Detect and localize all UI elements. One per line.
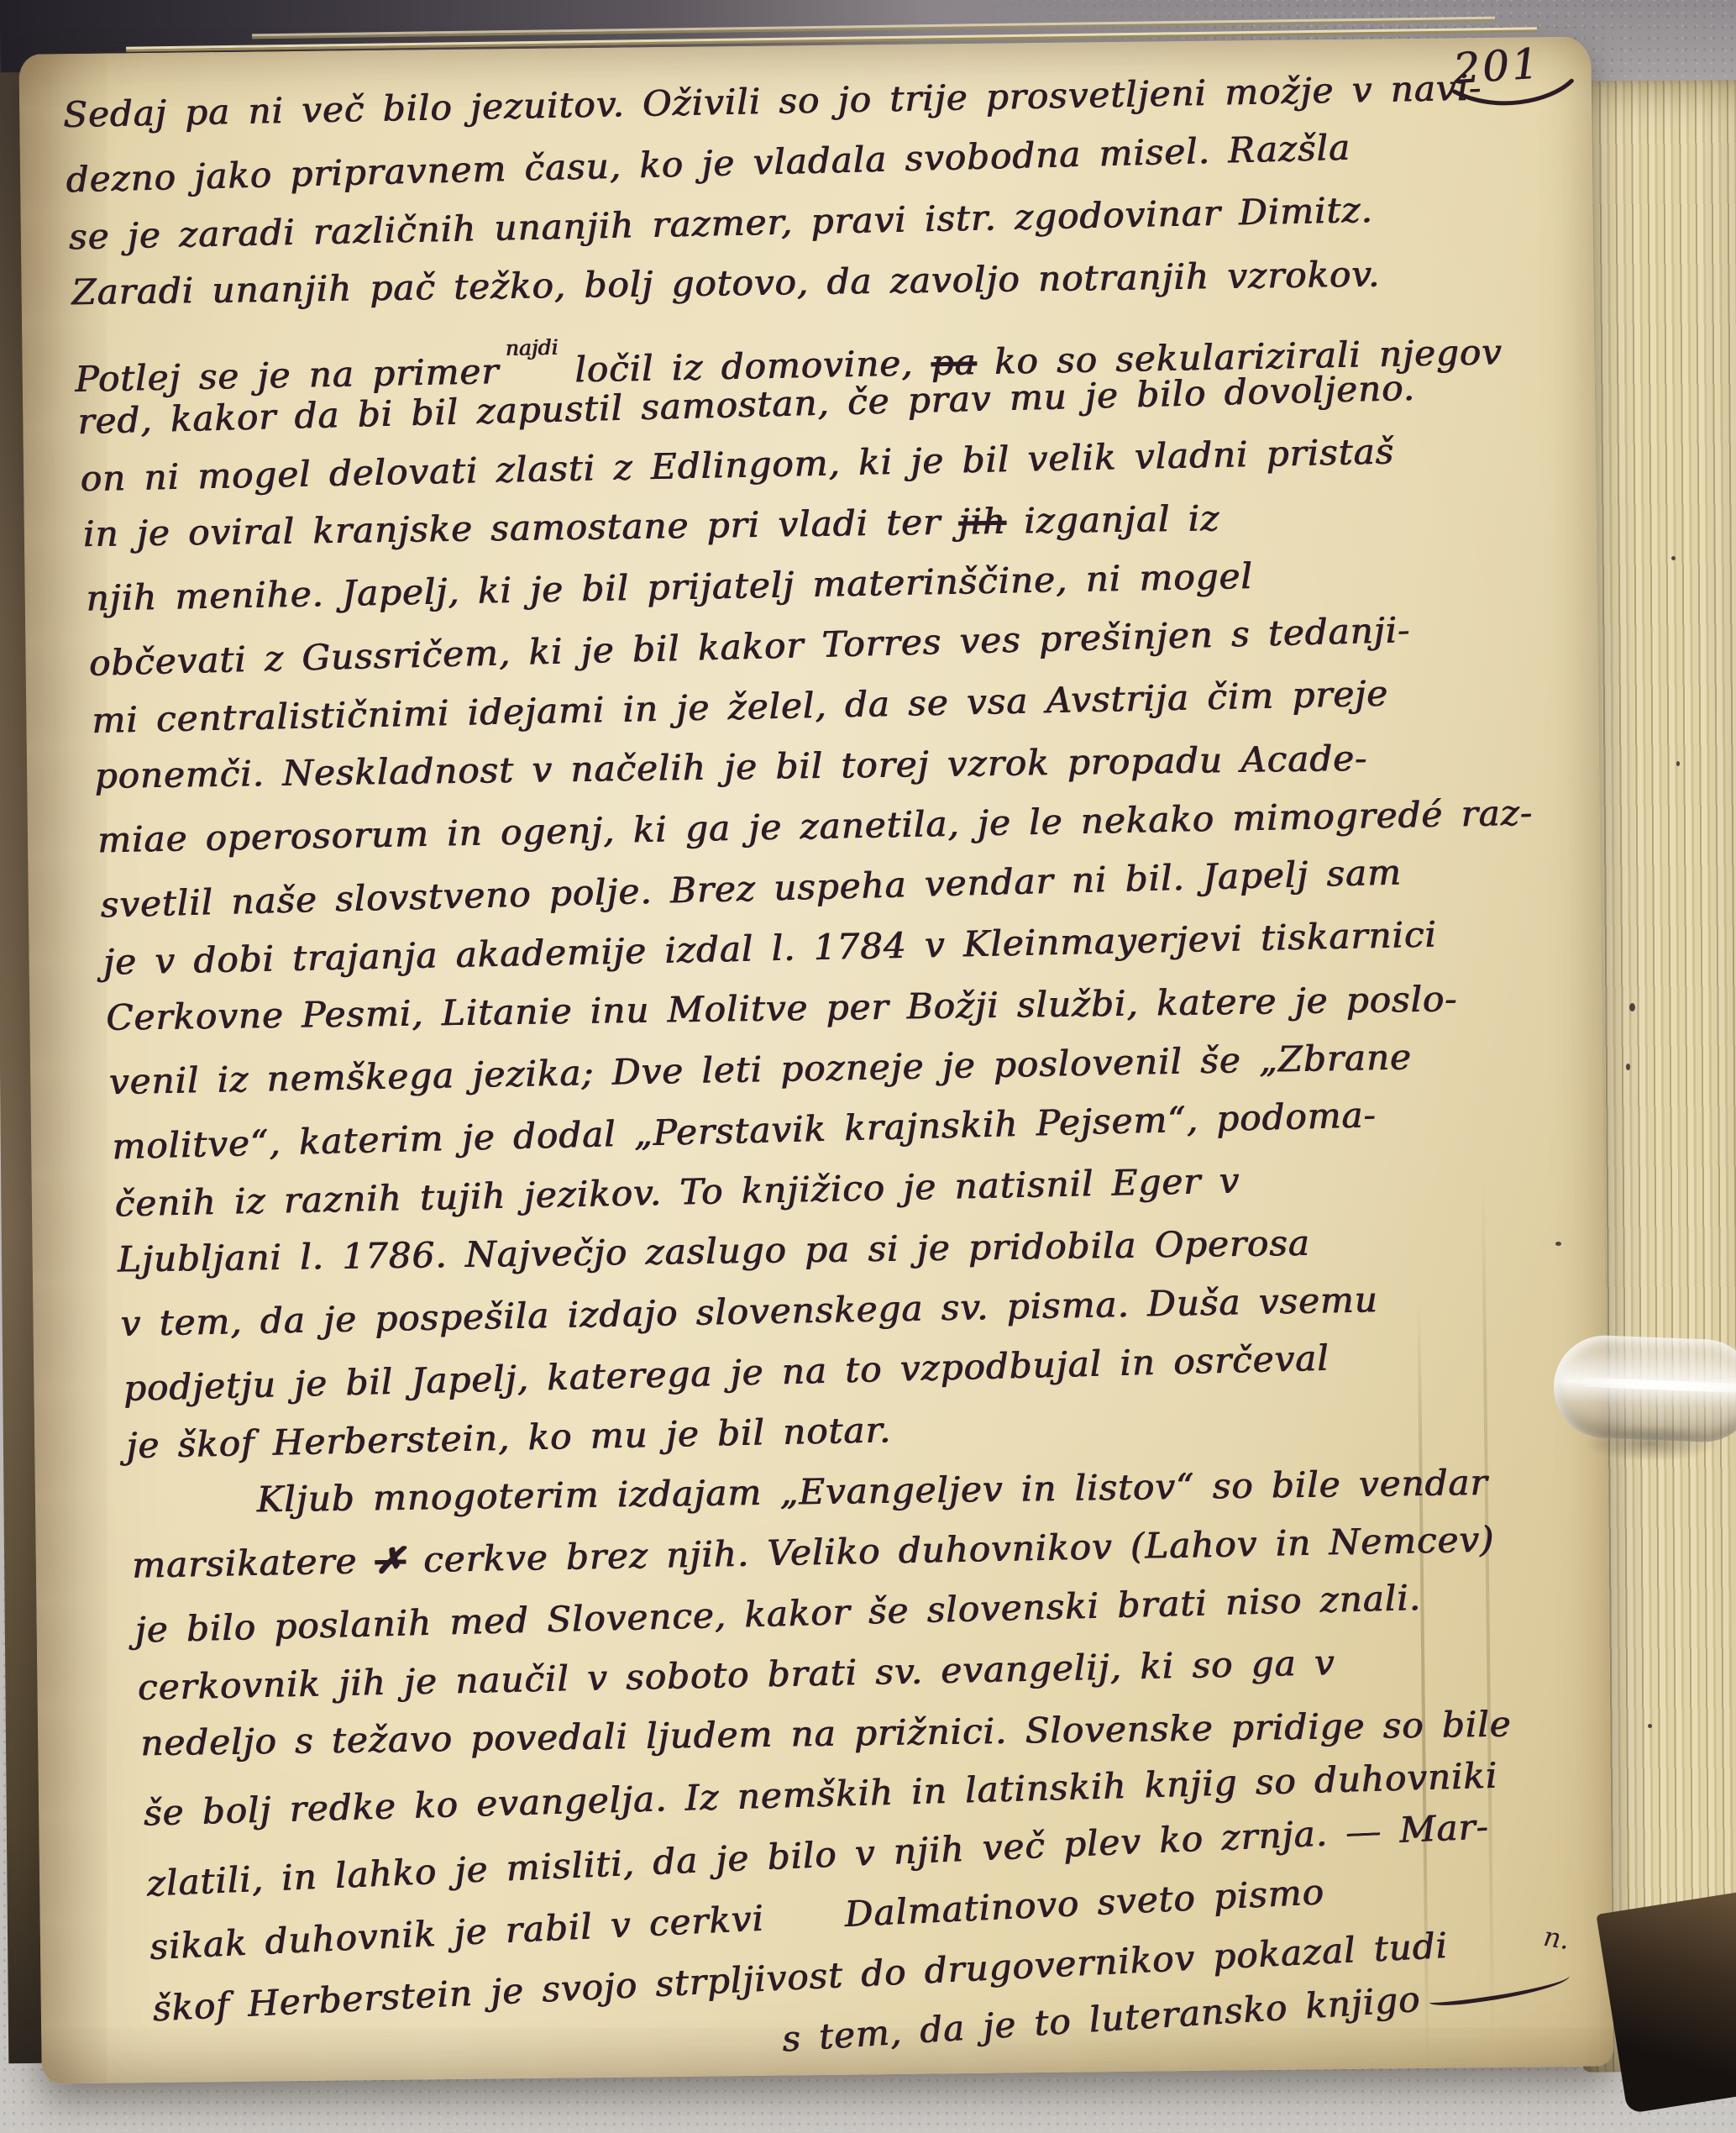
ink-speck: [1671, 556, 1676, 560]
page-number-value: 201: [1451, 39, 1542, 94]
ink-speck: [1676, 761, 1680, 766]
end-flourish: [1428, 1969, 1572, 2009]
handwritten-text: marsikatere: [132, 1540, 375, 1586]
book-cover-corner: [1596, 1889, 1736, 2114]
handwritten-text: Kljub mnogoterim izdajam „Evangeljev in …: [257, 1462, 1488, 1520]
ink-speck: [1555, 1242, 1561, 1246]
page-number: 201: [1451, 37, 1578, 112]
fore-edge-stray-mark: n.: [1541, 1920, 1571, 1956]
struck-out-word: ✗: [375, 1540, 406, 1582]
ink-speck: [1626, 1064, 1630, 1070]
interlinear-insertion: najdi: [505, 335, 558, 360]
handwritten-text: in je oviral kranjske samostane pri vlad…: [83, 502, 959, 555]
struck-out-word: jih: [958, 501, 1006, 543]
glass-rod: [1552, 1333, 1736, 1443]
glass-rod-highlight: [1582, 1378, 1736, 1393]
manuscript-page: 201 Sedaj pa ni več bilo jezuitov. Oživi…: [18, 36, 1613, 2083]
ink-speck: [1648, 1724, 1652, 1728]
handwritten-text: ponemči. Neskladnost v načelih je bil to…: [94, 738, 1367, 796]
manuscript-text: Sedaj pa ni več bilo jezuitov. Oživili s…: [58, 62, 1589, 2075]
ink-speck: [1629, 1003, 1635, 1011]
manuscript-photo: 201 Sedaj pa ni več bilo jezuitov. Oživi…: [0, 0, 1736, 2133]
handwritten-text: je škof Herberstein, ko mu je bil notar.: [126, 1409, 892, 1466]
handwritten-text: Zaradi unanjih pač težko, bolj gotovo, d…: [71, 254, 1381, 313]
handwritten-text: izganjal iz: [1006, 497, 1220, 542]
handwritten-text: Ljubljani l. 1786. Največjo zaslugo pa s…: [118, 1222, 1310, 1280]
